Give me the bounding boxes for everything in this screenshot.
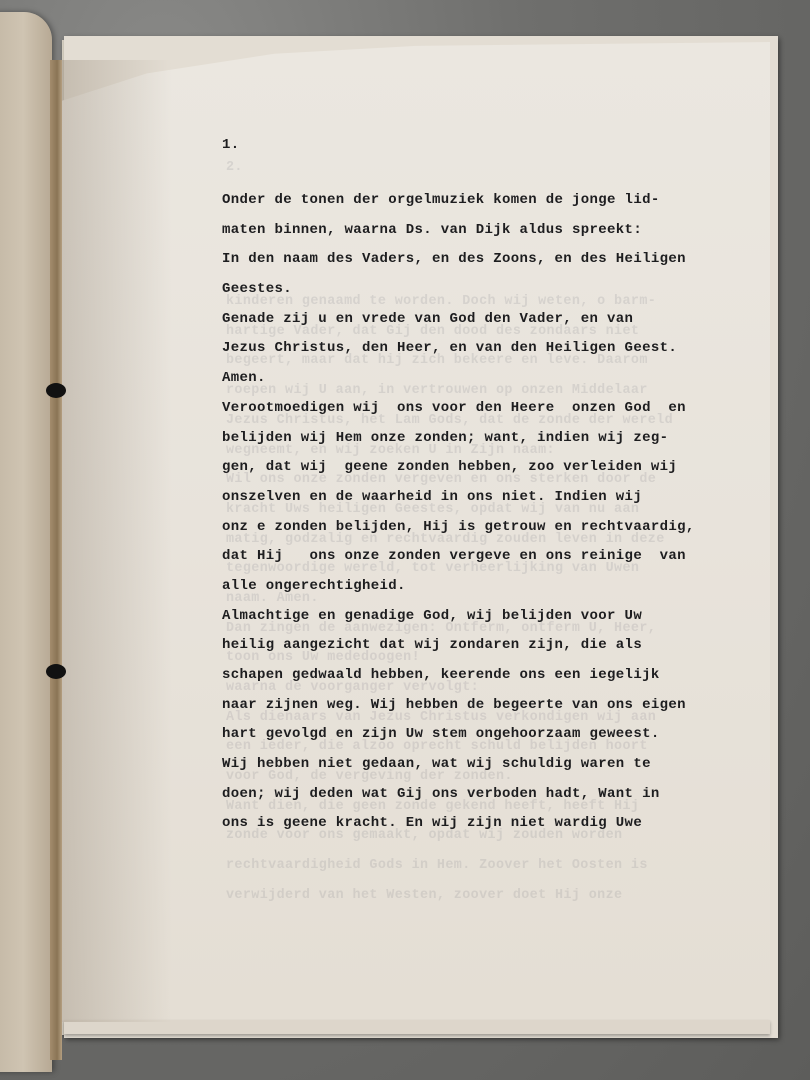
binding-spine <box>50 60 62 1060</box>
text-line: Almachtige en genadige God, wij belijden… <box>222 602 722 632</box>
text-line: hart gevolgd en zijn Uw stem ongehoorzaa… <box>222 720 722 750</box>
text-line: naar zijnen weg. Wij hebben de begeerte … <box>222 691 722 721</box>
document-body: 1. Onder de tonen der orgelmuziek komen … <box>222 137 722 839</box>
text-line: Genade zij u en vrede van God den Vader,… <box>222 305 722 335</box>
text-line: Onder de tonen der orgelmuziek komen de … <box>222 186 722 216</box>
text-line: heilig aangezicht dat wij zondaren zijn,… <box>222 631 722 661</box>
text-line: schapen gedwaald hebben, keerende ons ee… <box>222 661 722 691</box>
text-line: In den naam des Vaders, en des Zoons, en… <box>222 245 722 275</box>
binder-hole-icon <box>46 664 66 679</box>
text-line: doen; wij deden wat Gij ons verboden had… <box>222 780 722 810</box>
text-line: Wij hebben niet gedaan, wat wij schuldig… <box>222 750 722 780</box>
text-line: Amen. <box>222 364 722 394</box>
show-through-line: verwijderd van het Westen, zoover doet H… <box>226 881 726 911</box>
text-line: Verootmoedigen wij ons voor den Heere on… <box>222 394 722 424</box>
text-line: belijden wij Hem onze zonden; want, indi… <box>222 424 722 454</box>
text-line: maten binnen, waarna Ds. van Dijk aldus … <box>222 216 722 246</box>
page-bottom-edge <box>64 1020 770 1034</box>
text-line: Jezus Christus, den Heer, en van den Hei… <box>222 334 722 364</box>
text-line: onszelven en de waarheid in ons niet. In… <box>222 483 722 513</box>
binder-cover-edge <box>0 12 52 1072</box>
text-line: dat Hij ons onze zonden vergeve en ons r… <box>222 542 722 572</box>
show-through-line: rechtvaardigheid Gods in Hem. Zoover het… <box>226 851 726 881</box>
text-line: ons is geene kracht. En wij zijn niet wa… <box>222 809 722 839</box>
page-number: 1. <box>222 137 722 153</box>
text-line: Geestes. <box>222 275 722 305</box>
photo-scene: 2. kinderen genaamd te worden. Doch wij … <box>0 0 810 1080</box>
text-line: gen, dat wij geene zonden hebben, zoo ve… <box>222 453 722 483</box>
binder-hole-icon <box>46 383 66 398</box>
text-line: onz e zonden belijden, Hij is getrouw en… <box>222 513 722 543</box>
text-line: alle ongerechtigheid. <box>222 572 722 602</box>
